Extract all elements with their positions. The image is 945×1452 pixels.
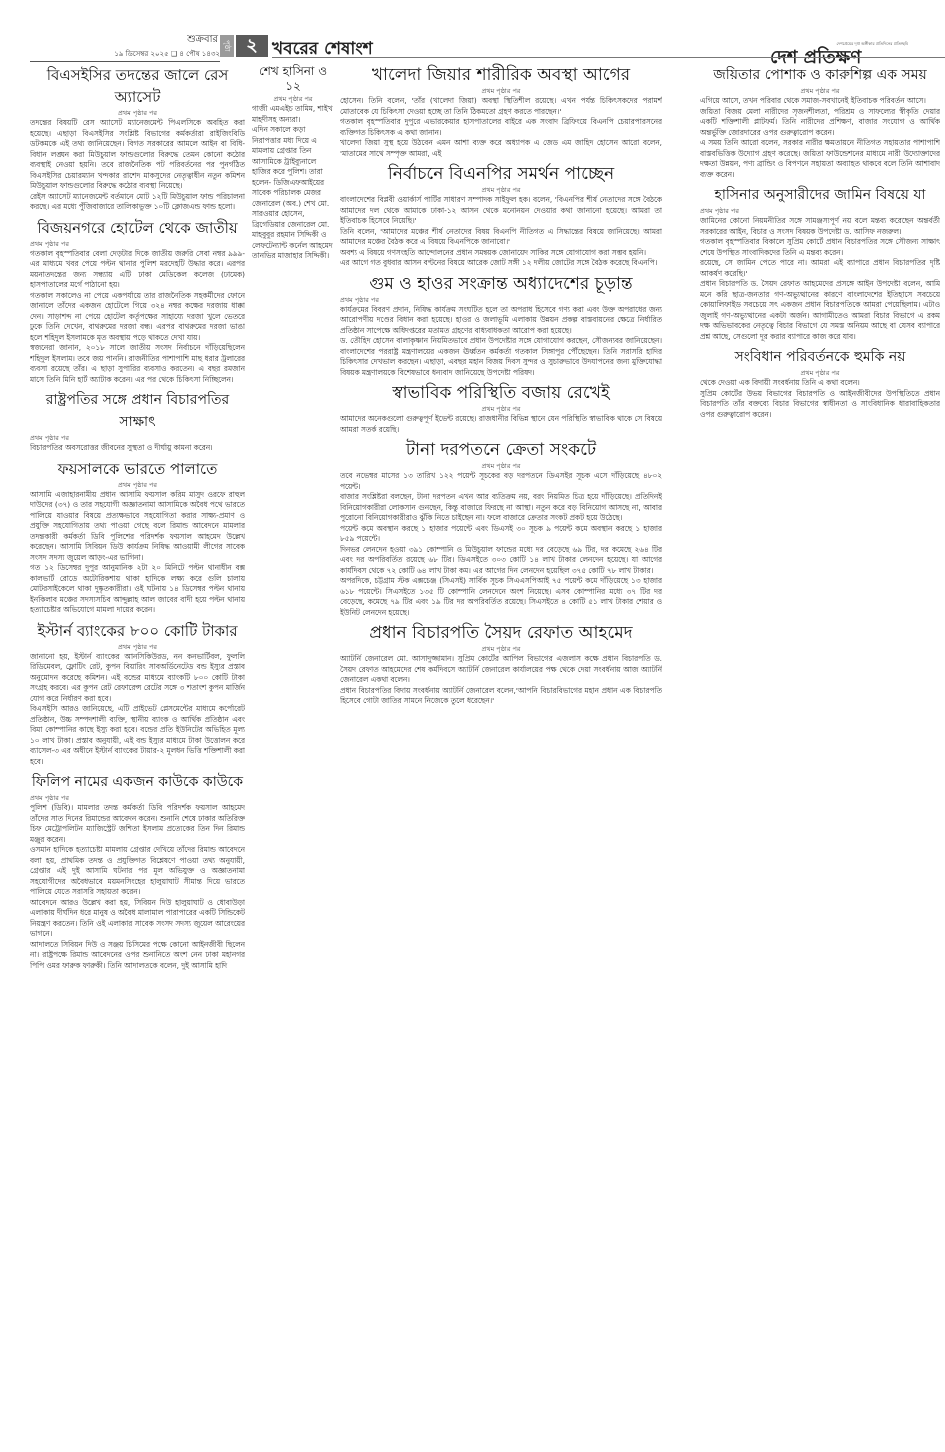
article-headline: খালেদা জিয়ার শারীরিক অবস্থা আগের (340, 64, 662, 86)
article-paragraph: এর আগে গত বুধবার আসন বণ্টনের বিষয়ে আরেক… (340, 258, 662, 269)
column-narrow: শেখ হাসিনা ও ১২ প্রথম পৃষ্ঠার পর গাজী এম… (252, 62, 334, 1452)
article-headline: সংবিধান পরিবর্তনকে হুমকি নয় (700, 346, 940, 368)
article-headline: রাষ্ট্রপতির সঙ্গে প্রধান বিচারপতির সাক্ষ… (30, 389, 245, 433)
article-joyita-fashion: জয়িতার পোশাক ও কারুশিল্প এক সময় প্রথম … (700, 64, 940, 180)
continued-label: প্রথম পৃষ্ঠার পর (700, 369, 940, 378)
article-headline: স্বাভাবিক পরিস্থিতি বজায় রেখেই (340, 382, 662, 404)
continued-label: প্রথম পৃষ্ঠার পর (30, 109, 245, 118)
article-philip: ফিলিপ নামের একজন কাউকে কাউকে প্রথম পৃষ্ঠ… (30, 771, 245, 971)
page-label: পৃষ্ঠা (220, 35, 234, 57)
article-headline: প্রধান বিচারপতি সৈয়দ রেফাত আহমেদ (340, 622, 662, 644)
article-headline: নির্বাচনে বিএনপির সমর্থন পাচ্ছেন (340, 163, 662, 185)
article-paragraph: অপরদিকে, চট্টগ্রাম স্টক এক্সচেঞ্জ (সিএসই… (340, 576, 662, 618)
header-rule (272, 57, 945, 58)
column-right: জয়িতার পোশাক ও কারুশিল্প এক সময় প্রথম … (700, 62, 940, 1452)
article-paragraph: আবেদনে আরও উল্লেখ করা হয়, সিবিয়ন দিউ হ… (30, 898, 245, 940)
article-paragraph: কার্যক্রমের বিবরণ প্রদান, নিষিদ্ধ কার্যক… (340, 305, 662, 337)
article-constitution-change: সংবিধান পরিবর্তনকে হুমকি নয় প্রথম পৃষ্ঠ… (700, 346, 940, 420)
continued-label: প্রথম পৃষ্ঠার পর (340, 87, 662, 96)
continued-label: প্রথম পৃষ্ঠার পর (30, 481, 245, 490)
article-paragraph: থেকে দেওয়া এক বিদায়ী সংবর্ধনায় তিনি এ… (700, 378, 940, 389)
continued-label: প্রথম পৃষ্ঠার পর (340, 186, 662, 195)
issue-date: ১৯ ডিসেম্বর ২০২৫ ❑ ৪ পৌষ ১৪৩২ (30, 48, 220, 62)
page-number: ২ (236, 35, 268, 57)
article-normal-situation: স্বাভাবিক পরিস্থিতি বজায় রেখেই প্রথম পৃ… (340, 382, 662, 435)
article-bnp-support: নির্বাচনে বিএনপির সমর্থন পাচ্ছেন প্রথম প… (340, 163, 662, 269)
column-left: বিএসইসির তদন্তের জালে রেস অ্যাসেট প্রথম … (30, 62, 245, 1452)
article-paragraph: বাজার সংশ্লিষ্টরা বলছেন, টানা দরপতন এখন … (340, 492, 662, 524)
article-paragraph: বিএসইসি আরও জানিয়েছে, এটি প্রাইভেট প্লে… (30, 704, 245, 767)
article-paragraph: সুপ্রিম কোর্টের উভয় বিভাগের বিচারপতি ও … (700, 389, 940, 421)
continued-label: প্রথম পৃষ্ঠার পর (30, 434, 245, 443)
article-headline: বিএসইসির তদন্তের জালে রেস অ্যাসেট (30, 64, 245, 108)
article-headline: বিজয়নগরে হোটেল থেকে জাতীয় (30, 217, 245, 239)
article-paragraph: ওসমান হাদিকে হত্যাচেষ্টা মামলায় গ্রেপ্ত… (30, 845, 245, 898)
section-title: খবরের শেষাংশ (272, 36, 373, 64)
weekday: শুক্রবার (128, 32, 218, 49)
article-paragraph: তদন্তের বিষয়টি রেস অ্যাসেট ম্যানেজমেন্ট… (30, 118, 245, 192)
continued-label: প্রথম পৃষ্ঠার পর (30, 794, 245, 803)
article-headline: গুম ও হাওর সংক্রান্ত অধ্যাদেশের চূড়ান্ত (340, 273, 662, 295)
article-paragraph: জানানো হয়, ইস্টার্ন ব্যাংকের আনসিকিউরড,… (30, 652, 245, 705)
article-faisal-india: ফয়সালকে ভারতে পালাতে প্রথম পৃষ্ঠার পর আ… (30, 458, 245, 616)
article-paragraph: গত ১২ ডিসেম্বর দুপুর আনুমানিক ২টা ২০ মিন… (30, 563, 245, 616)
article-paragraph: স্বজনেরা জানান, ২০১৮ সালে জাতীয় সংসদ নি… (30, 343, 245, 385)
article-hasina-followers-bail: হাসিনার অনুসারীদের জামিন বিষয়ে যা প্রথম… (700, 184, 940, 342)
article-enforced-disappearance-ordinance: গুম ও হাওর সংক্রান্ত অধ্যাদেশের চূড়ান্ত… (340, 273, 662, 379)
article-paragraph: রেইস অ্যাসেট ম্যানেজমেন্ট বর্তমানে মোট ১… (30, 192, 245, 213)
article-paragraph: পুলিশ (ডিবি)। মামলার তদন্ত কর্মকর্তা ডিব… (30, 803, 245, 845)
article-paragraph: রয়েছে, সে জামিন পেতে পারে না। আমরা এই ব… (700, 258, 940, 279)
article-race-asset: বিএসইসির তদন্তের জালে রেস অ্যাসেট প্রথম … (30, 64, 245, 213)
article-paragraph: পয়েন্ট কমে অবস্থান করছে ১ হাজার পয়েন্ট… (340, 524, 662, 545)
article-paragraph: অ্যাটর্নি জেনারেল মো. আসাদুজ্জামান। সুপ্… (340, 654, 662, 686)
article-paragraph: গতকাল বৃহস্পতিবার বেলা দেড়টার দিকে জাতী… (30, 249, 245, 291)
article-paragraph: এদিন সকালে কড়া নিরাপত্তার মধ্য দিয়ে এ … (252, 125, 334, 262)
article-paragraph: খালেদা জিয়া সুস্থ হয়ে উঠবেন এমন আশা ব্… (340, 138, 662, 159)
continued-label: প্রথম পৃষ্ঠার পর (340, 296, 662, 305)
continued-label: প্রথম পৃষ্ঠার পর (30, 643, 245, 652)
masthead: শুক্রবার ১৯ ডিসেম্বর ২০২৫ ❑ ৪ পৌষ ১৪৩২ প… (0, 0, 945, 56)
article-paragraph: তবে নভেম্বর মাসের ১৩ তারিখ ১২২ পয়েন্ট স… (340, 471, 662, 492)
article-bijoynagar-hotel: বিজয়নগরে হোটেল থেকে জাতীয় প্রথম পৃষ্ঠা… (30, 217, 245, 386)
article-headline: ফয়সালকে ভারতে পালাতে (30, 458, 245, 480)
article-headline: শেখ হাসিনা ও ১২ (252, 64, 334, 94)
article-khaleda-zia: খালেদা জিয়ার শারীরিক অবস্থা আগের প্রথম … (340, 64, 662, 159)
article-paragraph: প্রধান বিচারপতি ড. সৈয়দ রেফাত আহমেদের প… (700, 279, 940, 342)
continued-label: প্রথম পৃষ্ঠার পর (252, 95, 334, 104)
article-paragraph: তিনি বলেন, 'আমাদের মঞ্চের শীর্ষ নেতাদের … (340, 227, 662, 248)
article-paragraph: প্রধান বিচারপতির বিদায় সংবর্ধনায় অ্যাট… (340, 686, 662, 707)
continued-label: প্রথম পৃষ্ঠার পর (30, 240, 245, 249)
article-paragraph: বিচারপতির অবসরোত্তর জীবনের সুস্থতা ও দীর… (30, 443, 245, 454)
article-eastern-bank: ইস্টার্ন ব্যাংকের ৮০০ কোটি টাকার প্রথম প… (30, 620, 245, 768)
continued-label: প্রথম পৃষ্ঠার পর (700, 207, 940, 216)
continued-label: প্রথম পৃষ্ঠার পর (340, 462, 662, 471)
article-paragraph: গতকাল বৃহস্পতিবার বিকালে সুপ্রিম কোর্টে … (700, 237, 940, 258)
article-paragraph: গতকাল সকালেও না পেয়ে একপর্যায়ে তার রাজ… (30, 291, 245, 344)
article-paragraph: আমাদের অনেকগুলো গুরুত্বপূর্ণ ইভেন্ট রয়ে… (340, 414, 662, 435)
article-paragraph: আদালতে সিবিয়ন দিউ ও সঞ্জয় চিসিমের পক্ষ… (30, 940, 245, 972)
article-paragraph: হোসেন। তিনি বলেন, 'তাঁর (খালেদা জিয়া) অ… (340, 96, 662, 117)
continued-label: প্রথম পৃষ্ঠার পর (340, 645, 662, 654)
article-paragraph: এগিয়ে আসে, তখন পরিবার থেকে সমাজ-সবখানেই… (700, 96, 940, 107)
article-paragraph: এ সময় তিনি আরো বলেন, সরকার নারীর ক্ষমতা… (700, 138, 940, 180)
article-paragraph: জয়িতা বিজয় মেলা নারীদের সৃজনশীলতা, পরি… (700, 107, 940, 139)
article-paragraph: জামিনের কোনো নিয়মনীতির সঙ্গে সামঞ্জস্যপ… (700, 216, 940, 237)
article-paragraph: গতকাল বৃহস্পতিবার দুপুরে এভারকেয়ার হাসপ… (340, 117, 662, 138)
article-market-decline: টানা দরপতনে ক্রেতা সংকটে প্রথম পৃষ্ঠার প… (340, 439, 662, 618)
article-headline: হাসিনার অনুসারীদের জামিন বিষয়ে যা (700, 184, 940, 206)
article-headline: ফিলিপ নামের একজন কাউকে কাউকে (30, 771, 245, 793)
article-chief-justice-refaat: প্রধান বিচারপতি সৈয়দ রেফাত আহমেদ প্রথম … (340, 622, 662, 707)
article-headline: ইস্টার্ন ব্যাংকের ৮০০ কোটি টাকার (30, 620, 245, 642)
column-middle: খালেদা জিয়ার শারীরিক অবস্থা আগের প্রথম … (340, 62, 662, 1452)
article-sheikh-hasina-12: শেখ হাসিনা ও ১২ প্রথম পৃষ্ঠার পর গাজী এম… (252, 64, 334, 262)
article-headline: টানা দরপতনে ক্রেতা সংকটে (340, 439, 662, 461)
article-paragraph: অবশ্য এ বিষয়ে গণসংহতি আন্দোলনের প্রধান … (340, 248, 662, 259)
article-paragraph: বাংলাদেশের বিপ্লবী ওয়ার্কার্স পার্টির স… (340, 195, 662, 227)
article-paragraph: আসামি এজাহারনামীয় প্রধান আসামি ফয়সাল ক… (30, 490, 245, 564)
article-paragraph: গাজী এমএইচ তামিম, শাইখ মাহদীসহ অন্যরা। (252, 104, 334, 125)
article-paragraph: দিনভর লেনদেন হওয়া ৩৯১ কোম্পানি ও মিউচুয… (340, 545, 662, 577)
continued-label: প্রথম পৃষ্ঠার পর (700, 87, 940, 96)
article-paragraph: ড. তৌহিদ হোসেন বালাকৃষ্ণান নিয়মিতভাবে প… (340, 336, 662, 378)
article-headline: জয়িতার পোশাক ও কারুশিল্প এক সময় (700, 64, 940, 86)
continued-label: প্রথম পৃষ্ঠার পর (340, 405, 662, 414)
article-president-chief-justice: রাষ্ট্রপতির সঙ্গে প্রধান বিচারপতির সাক্ষ… (30, 389, 245, 454)
